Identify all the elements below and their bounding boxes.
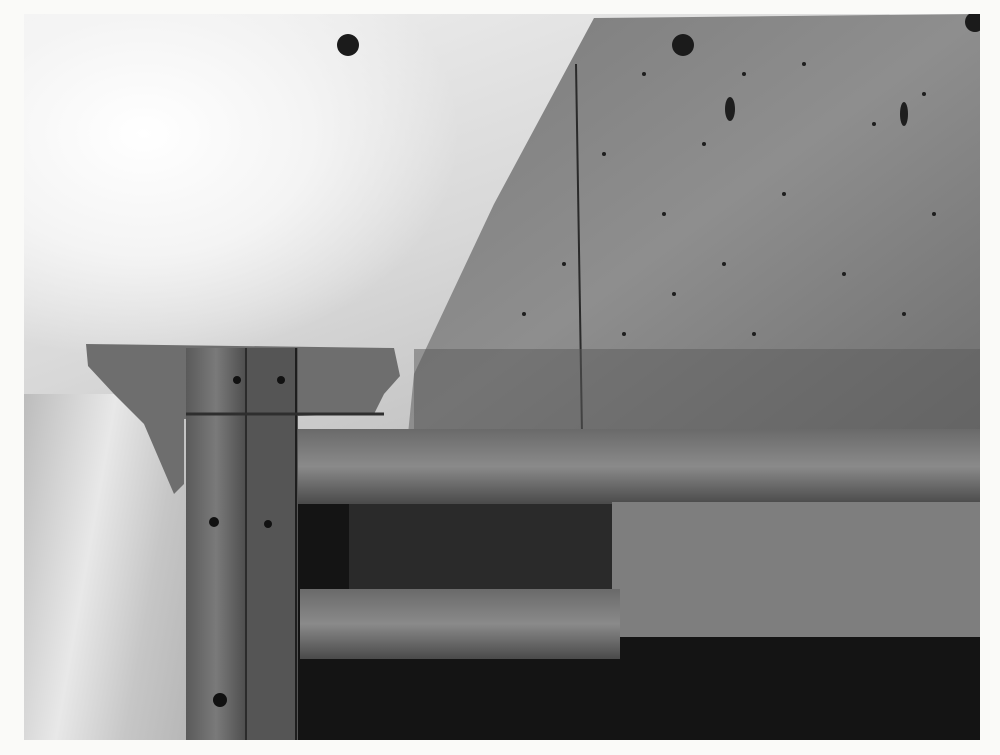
photograph (24, 14, 980, 740)
mounting-hole-left (337, 34, 359, 56)
frame-post-left (186, 348, 246, 740)
frame-post-right (246, 348, 298, 740)
wood-structure (24, 14, 980, 740)
beam-lower (300, 589, 620, 659)
mounting-hole-center (672, 34, 694, 56)
mounting-hole-right (965, 14, 980, 32)
beam-block-right (612, 502, 980, 637)
beam-upper (296, 429, 980, 504)
